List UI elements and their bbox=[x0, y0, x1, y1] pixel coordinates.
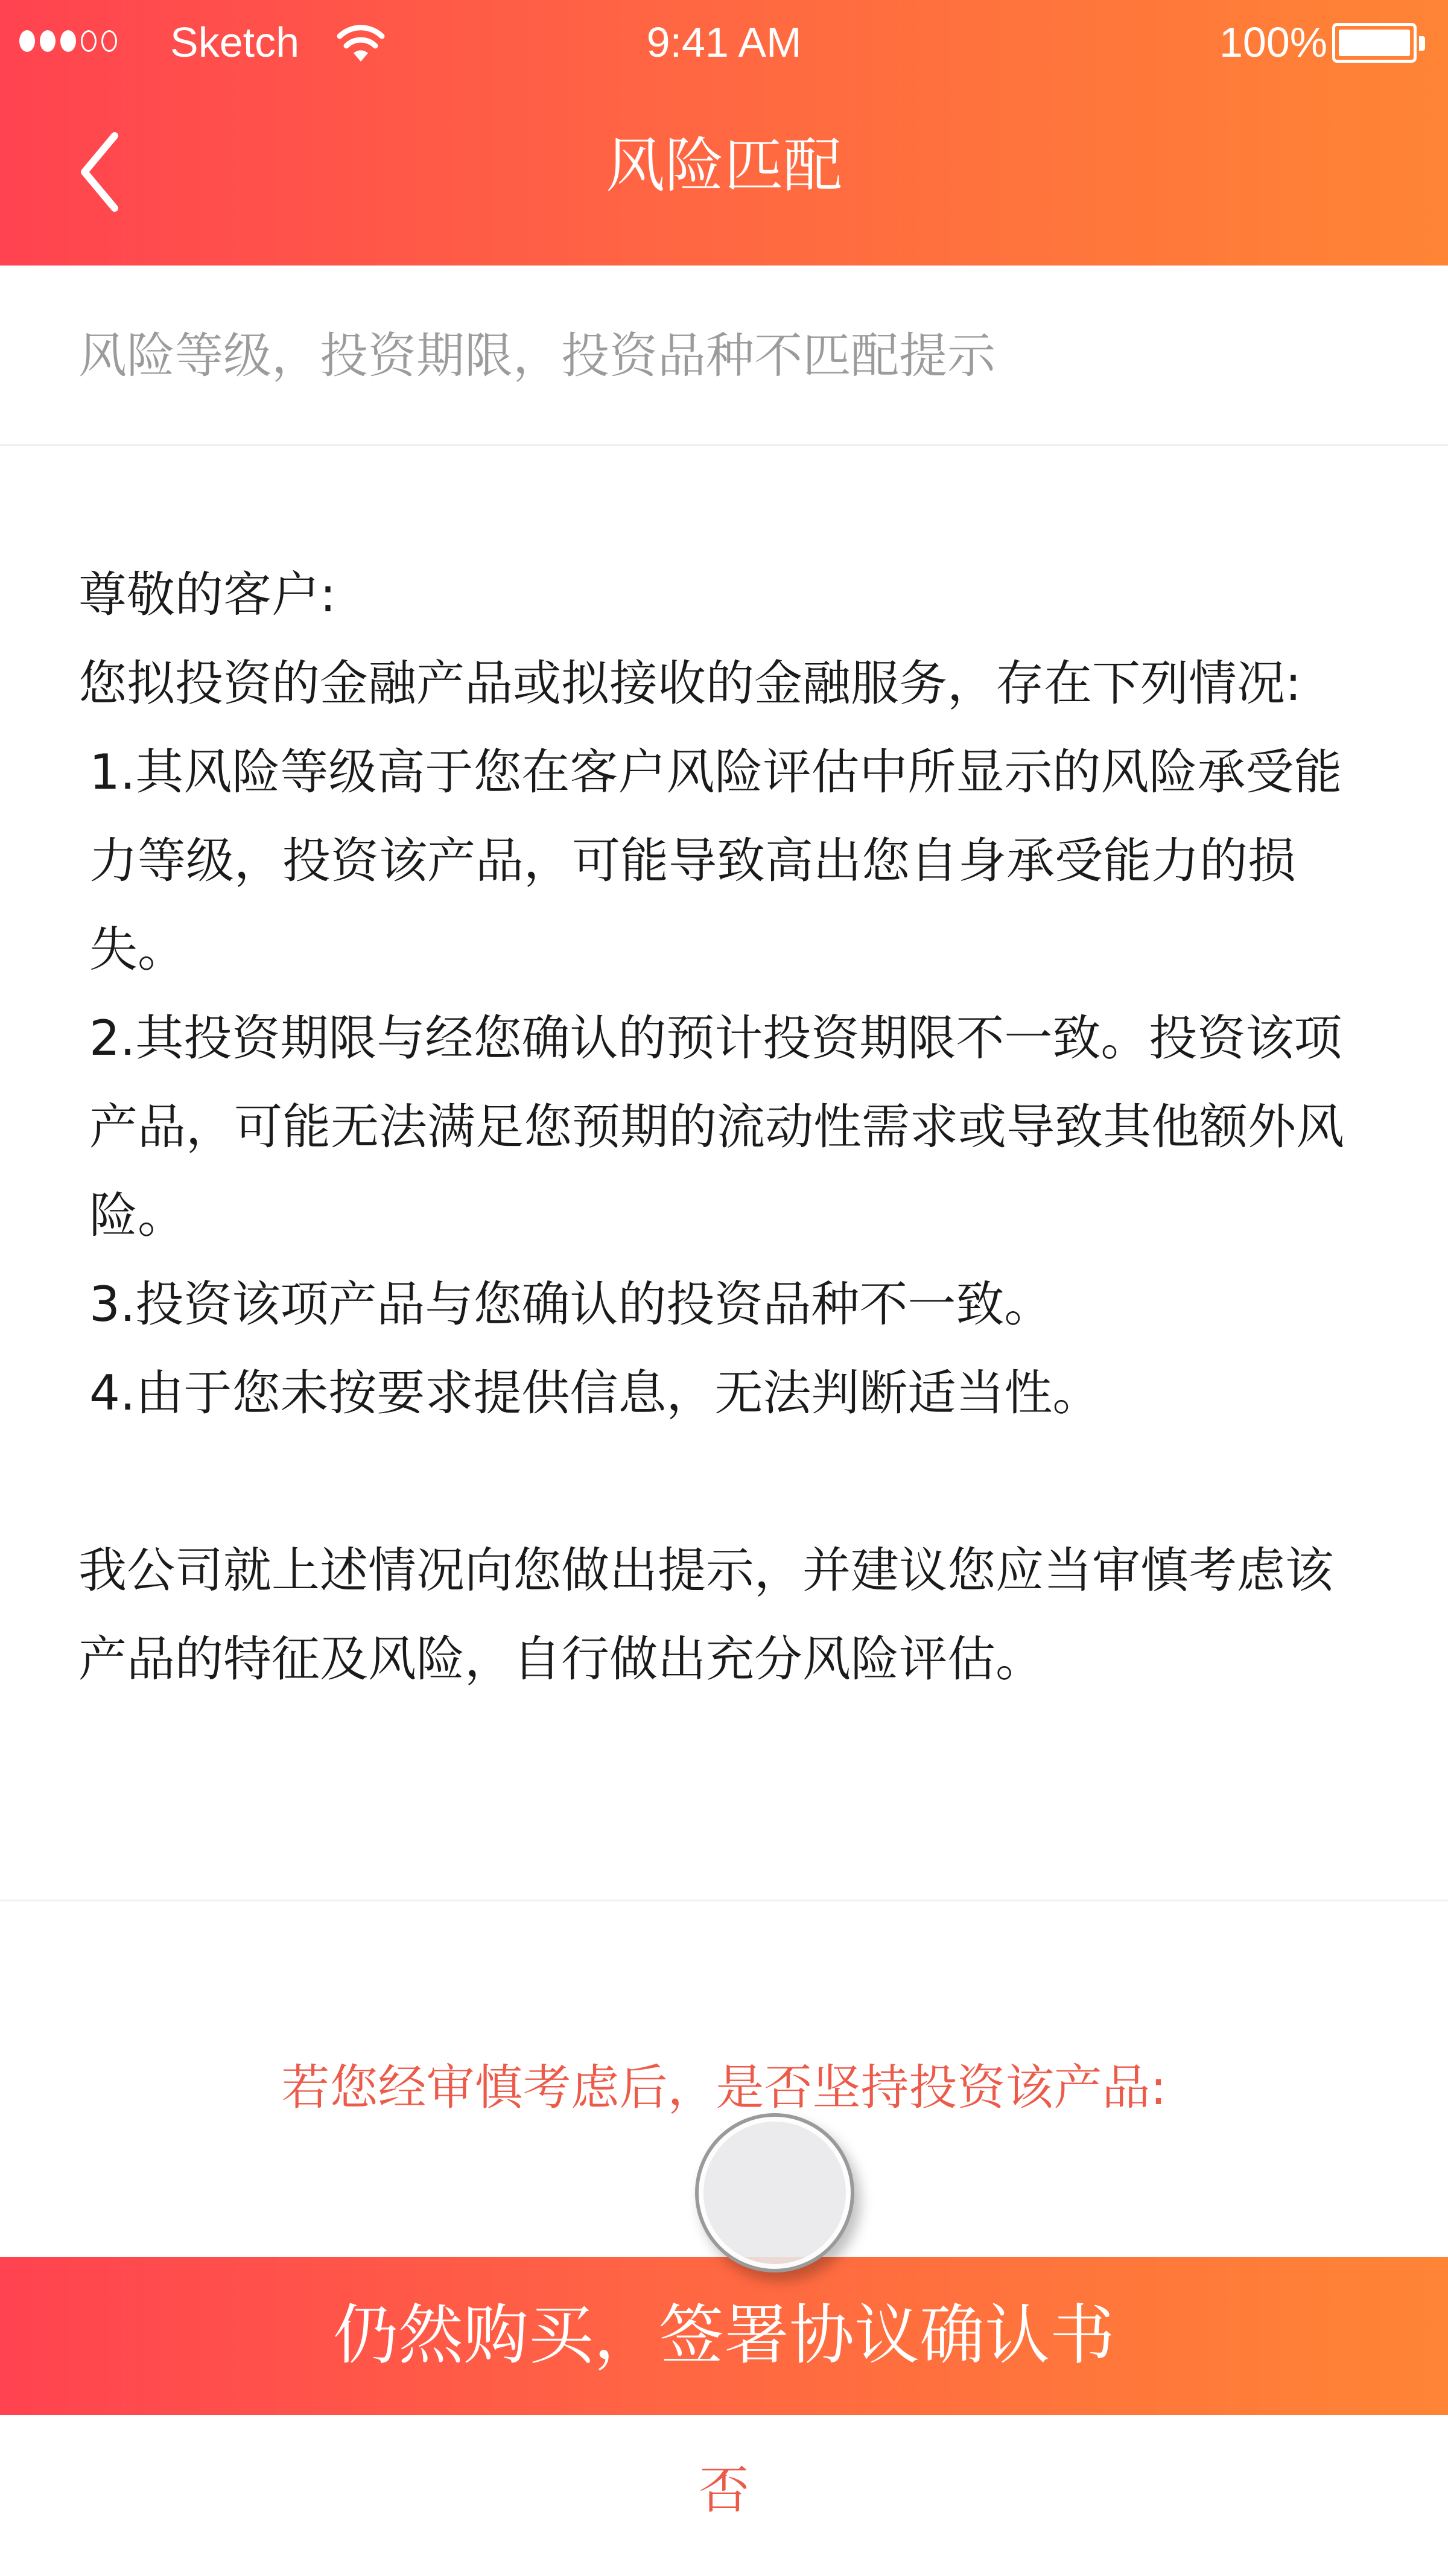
battery-percentage: 100% bbox=[1219, 18, 1327, 66]
notice-item: 1.其风险等级高于您在客户风险评估中所显示的风险承受能力等级，投资该产品，可能导… bbox=[78, 728, 1376, 994]
divider bbox=[0, 1900, 1448, 1901]
notice-intro: 您拟投资的金融产品或拟接收的金融服务，存在下列情况: bbox=[78, 639, 1376, 728]
subtitle-section: 风险等级，投资期限，投资品种不匹配提示 bbox=[0, 266, 1448, 446]
spacer bbox=[78, 1437, 1376, 1526]
confirmation-prompt: 若您经审慎考虑后，是否坚持投资该产品: bbox=[0, 2049, 1448, 2127]
battery-tip bbox=[1419, 36, 1425, 51]
risk-notice: 尊敬的客户: 您拟投资的金融产品或拟接收的金融服务，存在下列情况: 1.其风险等… bbox=[78, 550, 1376, 1703]
assistive-touch-button[interactable] bbox=[695, 2113, 854, 2272]
notice-greeting: 尊敬的客户: bbox=[78, 550, 1376, 639]
mismatch-subtitle: 风险等级，投资期限，投资品种不匹配提示 bbox=[78, 323, 996, 389]
notice-closing: 我公司就上述情况向您做出提示，并建议您应当审慎考虑该产品的特征及风险，自行做出充… bbox=[78, 1526, 1376, 1703]
nav-bar: 风险匹配 bbox=[0, 84, 1448, 266]
notice-item: 3.投资该项产品与您确认的投资品种不一致。 bbox=[78, 1260, 1376, 1349]
notice-item: 2.其投资期限与经您确认的预计投资期限不一致。投资该项产品，可能无法满足您预期的… bbox=[78, 994, 1376, 1260]
confirm-purchase-button[interactable]: 仍然购买，签署协议确认书 bbox=[0, 2257, 1448, 2415]
page-title: 风险匹配 bbox=[0, 127, 1448, 205]
battery-full-icon bbox=[1332, 23, 1417, 63]
header-gradient: Sketch 9:41 AM 100% 风险匹配 bbox=[0, 0, 1448, 266]
decline-button[interactable]: 否 bbox=[0, 2415, 1448, 2576]
notice-item: 4.由于您未按要求提供信息，无法判断适当性。 bbox=[78, 1349, 1376, 1437]
status-bar: Sketch 9:41 AM 100% bbox=[0, 0, 1448, 84]
